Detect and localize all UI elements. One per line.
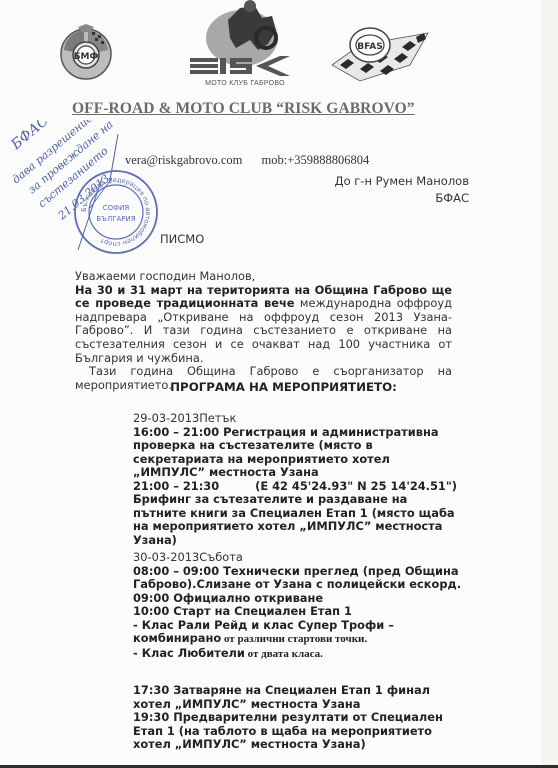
contact-line: vera@riskgabrovo.com mob:+359888806804 (125, 153, 369, 168)
paragraph-announcement: На 30 и 31 март на територията на Община… (75, 284, 452, 366)
greeting: Уважаеми господин Манолов, (75, 270, 452, 284)
schedule-item: 19:30 Предварителни резултати от Специал… (133, 711, 463, 752)
scan-edge-right (541, 0, 558, 765)
schedule-item: 09:00 Официално откриване (133, 592, 463, 606)
schedule-item: 17:30 Затваряне на Специален Етап 1 фина… (133, 684, 463, 711)
schedule-day-2-evening: 17:30 Затваряне на Специален Етап 1 фина… (133, 684, 463, 752)
gps-coordinates: (Е 42 45'24.93" N 25 14'24.51") (255, 480, 457, 494)
club-title: OFF-ROAD & MOTO CLUB “RISK GABROVO” (72, 100, 415, 118)
risk-logo: МОТО КЛУБ ГАБРОВО (180, 0, 310, 90)
schedule-item: - Клас Рали Рейд и клас Супер Трофи – ко… (133, 619, 463, 647)
schedule-item: 08:00 – 09:00 Технически преглед (пред О… (133, 565, 463, 592)
letter-body: Уважаеми господин Манолов, На 30 и 31 ма… (75, 270, 452, 392)
svg-text:БМФ: БМФ (74, 52, 99, 62)
schedule-item: 16:00 – 21:00 Регистрация и администрати… (133, 426, 463, 480)
official-stamp: Българска федерация по автомобилен спорт… (72, 168, 160, 256)
schedule-item: 10:00 Старт на Специален Етап 1 (133, 605, 463, 619)
schedule-day-1: 29-03-2013Петък 16:00 – 21:00 Регистраци… (133, 412, 463, 547)
day-date: 30-03-2013Събота (133, 551, 463, 565)
svg-text:СОФИЯ: СОФИЯ (103, 204, 130, 212)
program-title: ПРОГРАМА НА МЕРОПРИЯТИЕТО: (0, 380, 541, 394)
bfas-logo: BFAS (330, 25, 430, 83)
risk-logo-subtitle: МОТО КЛУБ ГАБРОВО (180, 80, 310, 87)
schedule-item: - Клас Любители от двата класа. (133, 647, 463, 662)
day-date: 29-03-2013Петък (133, 412, 463, 426)
svg-text:BFAS: BFAS (357, 42, 382, 52)
recipient-block: До г-н Румен Манолов БФАС (335, 173, 469, 207)
scanned-letter-page: БМФ МОТО КЛУБ ГАБРОВО BFAS (0, 0, 541, 765)
contact-email: vera@riskgabrovo.com (125, 153, 242, 167)
bmf-logo: БМФ (56, 22, 116, 82)
contact-mobile: mob:+359888806804 (262, 153, 370, 167)
letter-label: ПИСМО (160, 232, 204, 246)
recipient-org: БФАС (335, 190, 469, 207)
svg-text:БЪЛГАРИЯ: БЪЛГАРИЯ (96, 215, 135, 223)
recipient-name: До г-н Румен Манолов (335, 173, 469, 190)
schedule-day-2: 30-03-2013Събота 08:00 – 09:00 Техническ… (133, 551, 463, 661)
